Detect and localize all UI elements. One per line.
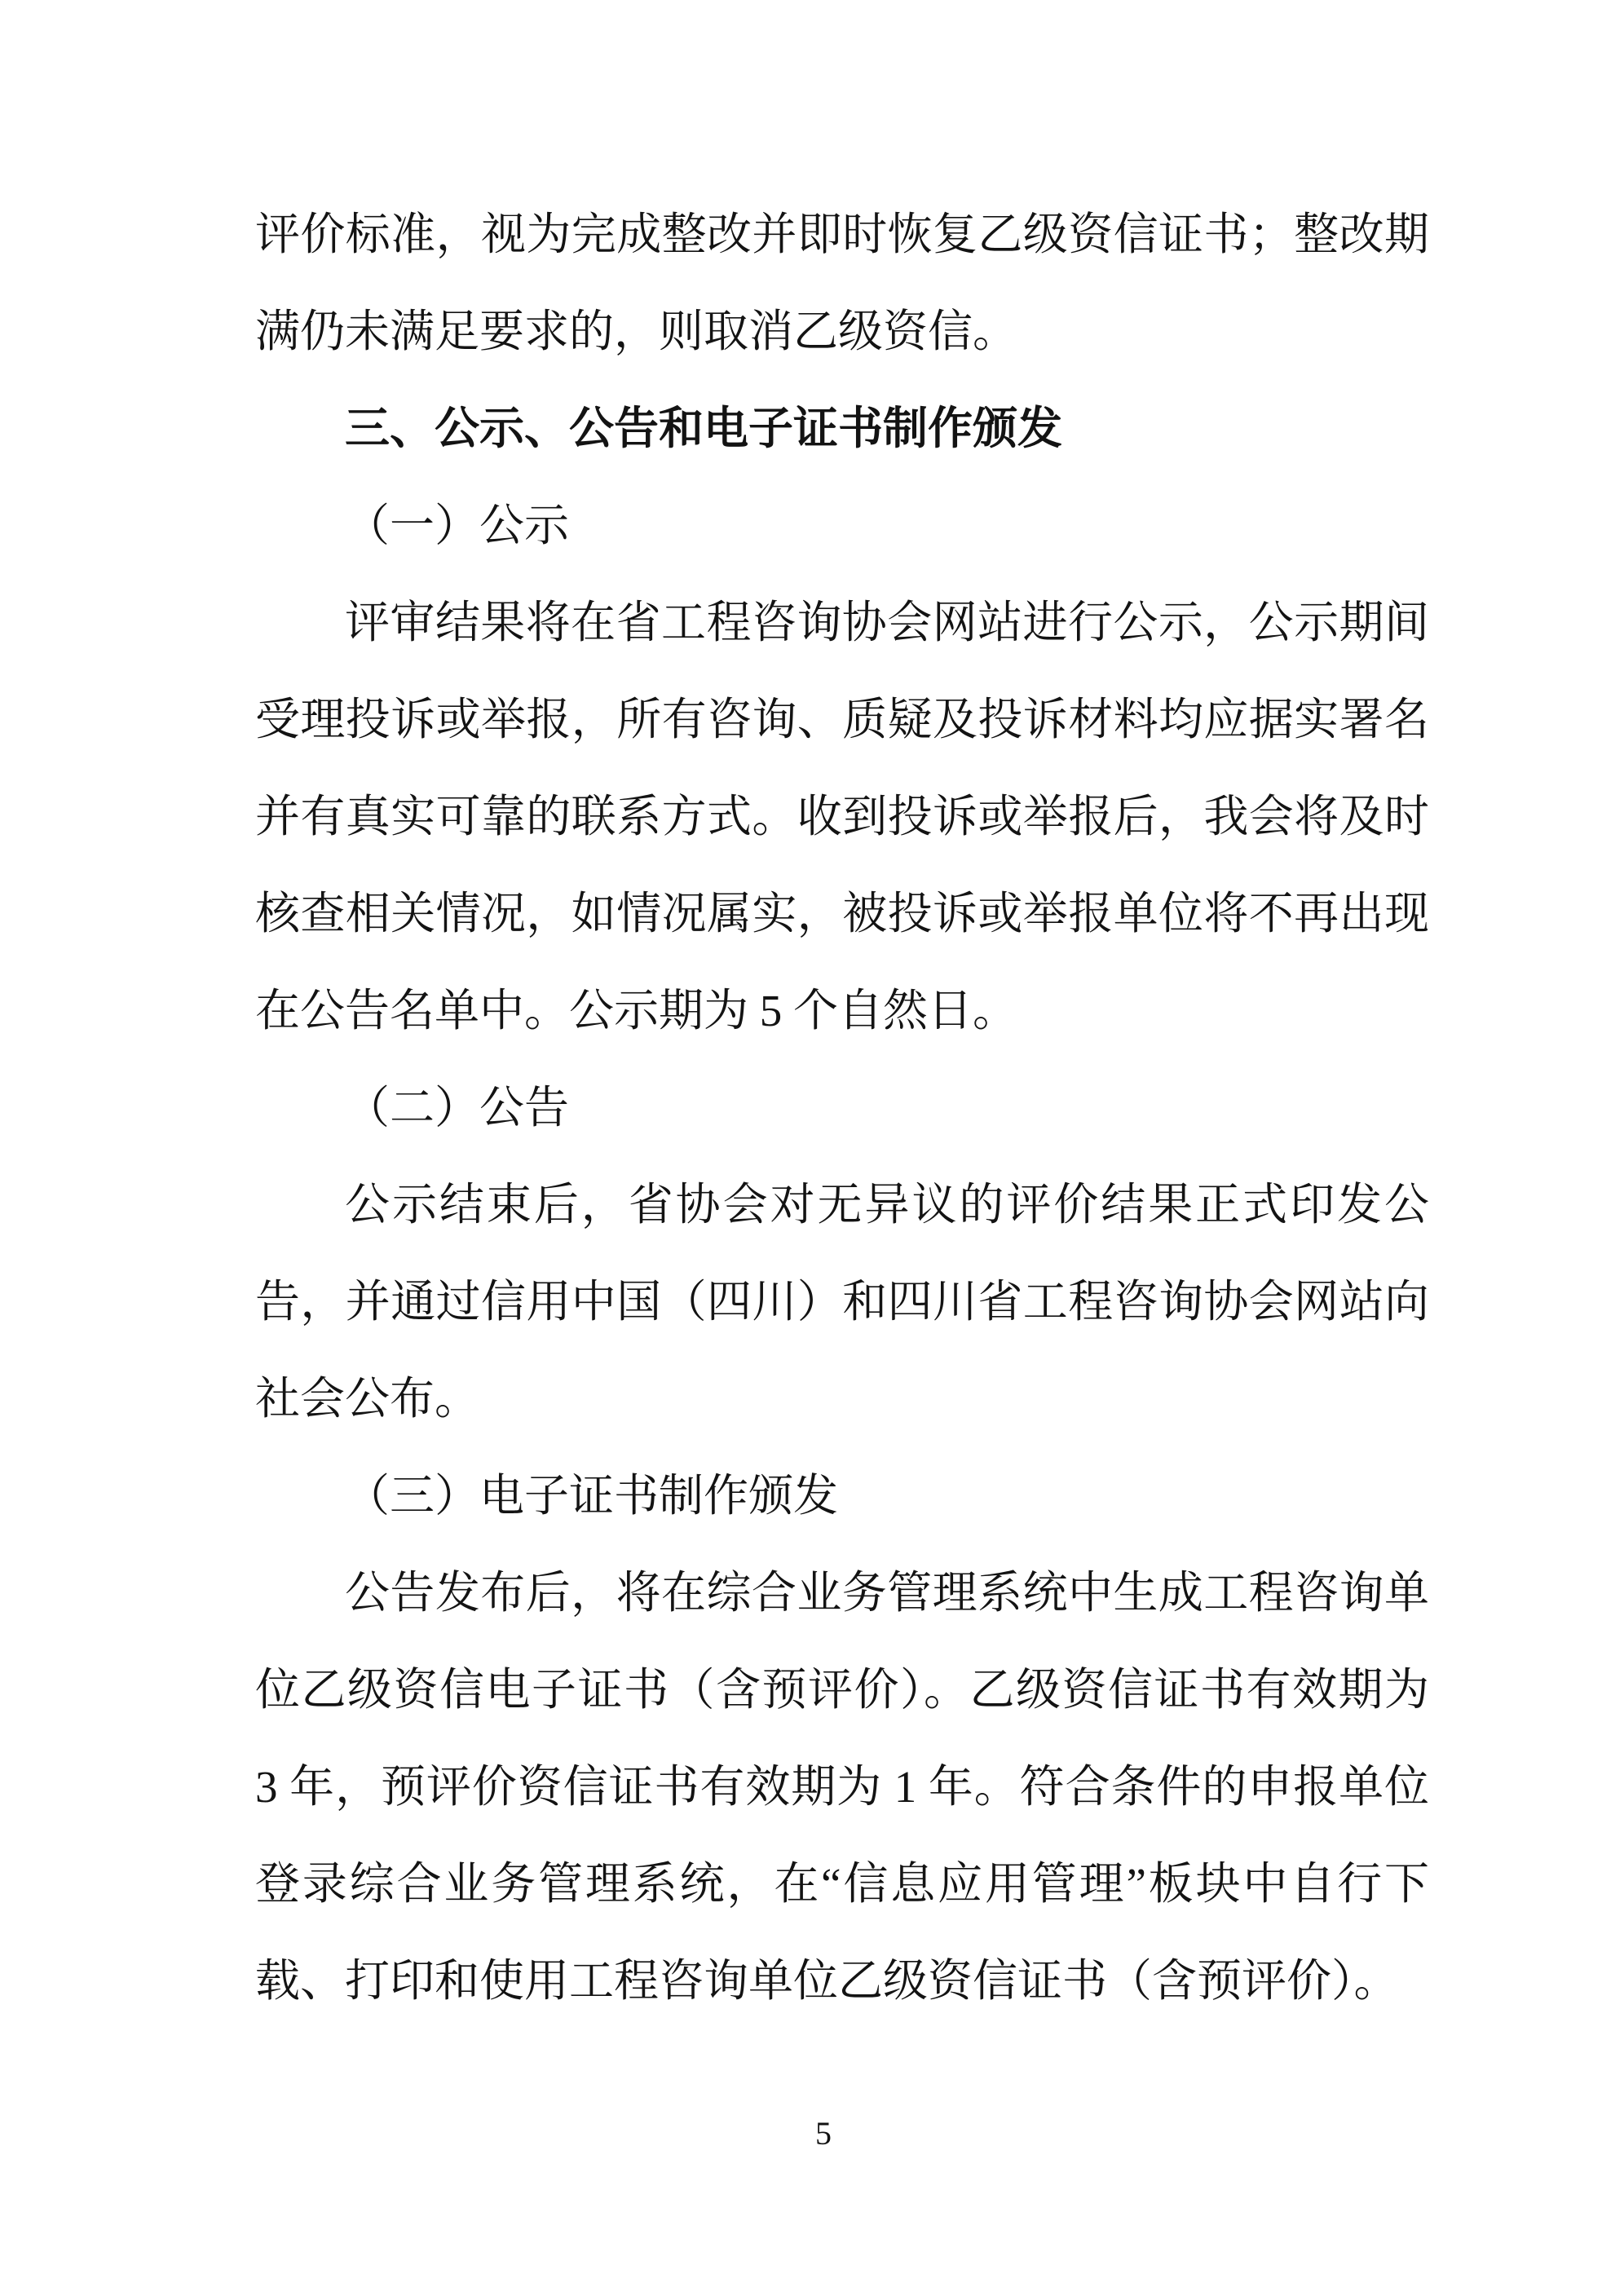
sub-heading: （一）公示 bbox=[255, 477, 1429, 574]
text-line: 社会公布。 bbox=[255, 1350, 1429, 1447]
text-line: 位乙级资信电子证书（含预评价）。乙级资信证书有效期为 bbox=[255, 1641, 1429, 1738]
text-line: 并有真实可靠的联系方式。收到投诉或举报后，我会将及时 bbox=[255, 768, 1429, 865]
section-heading: 三、公示、公告和电子证书制作颁发 bbox=[255, 380, 1429, 477]
text-line: 登录综合业务管理系统，在“信息应用管理”板块中自行下 bbox=[255, 1835, 1429, 1932]
text-line: 评价标准，视为完成整改并即时恢复乙级资信证书；整改期 bbox=[255, 186, 1429, 283]
document-page: 评价标准，视为完成整改并即时恢复乙级资信证书；整改期满仍未满足要求的，则取消乙级… bbox=[0, 0, 1624, 2296]
text-line: 在公告名单中。公示期为 5 个自然日。 bbox=[255, 962, 1429, 1059]
text-line: 评审结果将在省工程咨询协会网站进行公示，公示期间 bbox=[255, 574, 1429, 671]
text-line: 核查相关情况，如情况属实，被投诉或举报单位将不再出现 bbox=[255, 865, 1429, 962]
text-line: 公告发布后，将在综合业务管理系统中生成工程咨询单 bbox=[255, 1544, 1429, 1641]
text-line: 满仍未满足要求的，则取消乙级资信。 bbox=[255, 283, 1429, 380]
sub-heading: （三）电子证书制作颁发 bbox=[255, 1447, 1429, 1544]
text-line: 告，并通过信用中国（四川）和四川省工程咨询协会网站向 bbox=[255, 1253, 1429, 1350]
text-line: 载、打印和使用工程咨询单位乙级资信证书（含预评价）。 bbox=[255, 1932, 1429, 2029]
sub-heading: （二）公告 bbox=[255, 1059, 1429, 1156]
text-line: 公示结束后，省协会对无异议的评价结果正式印发公 bbox=[255, 1156, 1429, 1253]
document-body: 评价标准，视为完成整改并即时恢复乙级资信证书；整改期满仍未满足要求的，则取消乙级… bbox=[255, 186, 1429, 2029]
text-line: 3 年，预评价资信证书有效期为 1 年。符合条件的申报单位 bbox=[255, 1738, 1429, 1835]
page-number: 5 bbox=[0, 2113, 1624, 2154]
text-line: 受理投诉或举报，所有咨询、质疑及投诉材料均应据实署名 bbox=[255, 671, 1429, 768]
